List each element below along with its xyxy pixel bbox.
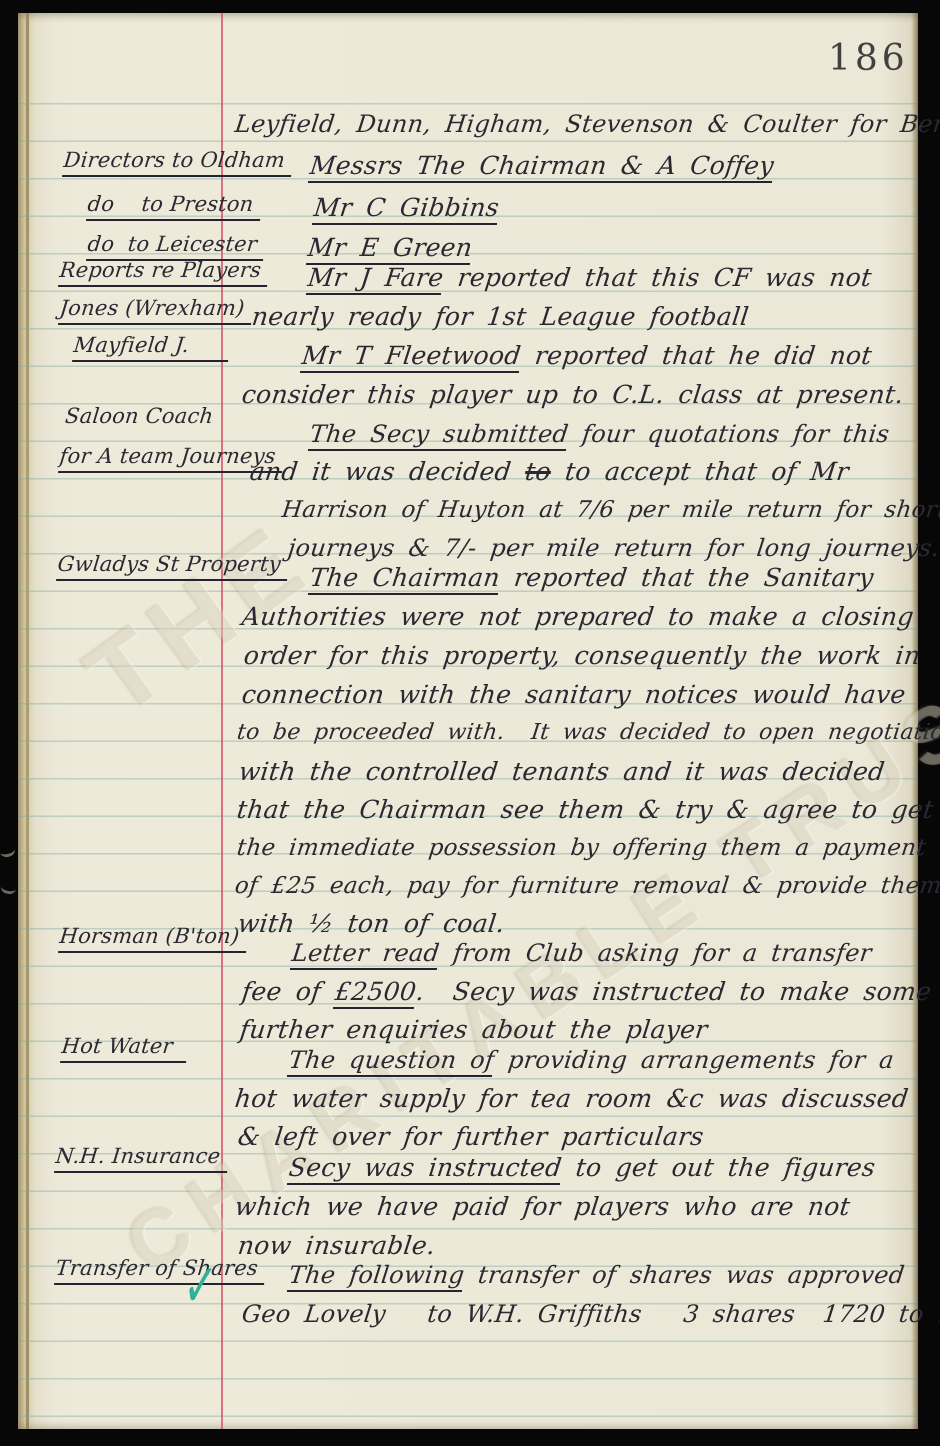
handwriting-text: order for this property, consequently th… — [242, 641, 922, 670]
handwriting-text: Authorities were not prepared to make a … — [240, 602, 915, 631]
handwriting-text: which we have paid for players who are n… — [233, 1192, 852, 1221]
handwriting-line: The question of providing arrangements f… — [287, 1044, 896, 1076]
handwriting-text: providing arrangements for a — [493, 1046, 896, 1074]
body-lines: Leyfield, Dunn, Higham, Stevenson & Coul… — [0, 0, 940, 1446]
handwriting-text: & left over for further particulars — [236, 1122, 705, 1151]
handwriting-text: four quotations for this — [567, 420, 891, 448]
handwriting-line: Authorities were not prepared to make a … — [240, 601, 916, 633]
handwriting-text: Geo Lovely to W.H. Griffiths 3 shares 17… — [240, 1300, 940, 1328]
handwriting-text: now insurable. — [236, 1231, 437, 1260]
handwriting-line: the immediate possession by offering the… — [235, 832, 928, 864]
handwriting-text: connection with the sanitary notices wou… — [240, 680, 907, 709]
handwriting-text: from Club asking for a transfer — [438, 939, 874, 967]
handwriting-line: The Chairman reported that the Sanitary — [308, 562, 876, 594]
handwriting-text: with ½ ton of coal. — [236, 909, 506, 938]
handwriting-line: with the controlled tenants and it was d… — [237, 756, 886, 788]
handwriting-line: of £25 each, pay for furniture removal &… — [233, 870, 940, 902]
underlined-phrase: Mr E Green — [306, 233, 474, 265]
underlined-phrase: The Chairman — [308, 563, 502, 595]
underlined-phrase: £2500 — [333, 977, 418, 1009]
handwriting-line: Messrs The Chairman & A Coffey — [308, 150, 776, 182]
struck-word: to — [524, 457, 553, 486]
handwriting-text: reported that he did not — [519, 341, 874, 370]
handwriting-line: further enquiries about the player — [238, 1014, 710, 1046]
underlined-phrase: Mr C Gibbins — [312, 193, 501, 225]
handwriting-text: to accept that of Mr — [549, 457, 850, 486]
handwriting-line: The following transfer of shares was app… — [287, 1259, 906, 1291]
handwriting-text: to get out the figures — [560, 1153, 877, 1182]
handwriting-text: journeys & 7/- per mile return for long … — [286, 534, 940, 562]
handwriting-line: journeys & 7/- per mile return for long … — [286, 532, 940, 564]
handwriting-line: which we have paid for players who are n… — [233, 1191, 852, 1223]
handwriting-text: hot water supply for tea room &c was dis… — [233, 1084, 910, 1113]
handwriting-line: Leyfield, Dunn, Higham, Stevenson & Coul… — [233, 108, 940, 140]
underlined-phrase: Mr J Fare — [306, 263, 445, 295]
handwriting-text: Harrison of Huyton at 7/6 per mile retur… — [280, 497, 940, 523]
handwriting-text: . Secy was instructed to make some — [414, 977, 933, 1006]
underlined-phrase: The Secy submitted — [308, 420, 570, 451]
handwriting-text: with the controlled tenants and it was d… — [237, 757, 886, 786]
handwriting-line: hot water supply for tea room &c was dis… — [233, 1083, 910, 1115]
underlined-phrase: Secy was instructed — [287, 1153, 564, 1185]
green-checkmark: ✓ — [181, 1252, 219, 1321]
handwriting-line: The Secy submitted four quotations for t… — [308, 418, 891, 450]
handwriting-line: Mr T Fleetwood reported that he did not — [300, 340, 874, 372]
handwriting-line: Mr J Fare reported that this CF was not — [306, 262, 874, 294]
handwriting-line: and it was decided to to accept that of … — [248, 456, 851, 488]
handwriting-line: connection with the sanitary notices wou… — [240, 679, 908, 711]
handwriting-line: Letter read from Club asking for a trans… — [290, 937, 874, 969]
handwriting-line: order for this property, consequently th… — [242, 640, 922, 672]
handwriting-line: with ½ ton of coal. — [236, 908, 507, 940]
handwriting-text: transfer of shares was approved — [463, 1261, 907, 1289]
handwriting-text: to be proceeded with. It was decided to … — [235, 720, 940, 745]
underlined-phrase: The question of — [287, 1046, 496, 1077]
handwriting-line: that the Chairman see them & try & agree… — [235, 794, 935, 826]
handwriting-line: now insurable. — [236, 1230, 437, 1262]
handwriting-text: Leyfield, Dunn, Higham, Stevenson & Coul… — [233, 110, 940, 138]
handwriting-text: nearly ready for 1st League football — [250, 302, 750, 331]
handwriting-line: Mr E Green — [306, 232, 474, 264]
underlined-phrase: The following — [287, 1261, 466, 1292]
handwriting-text: further enquiries about the player — [238, 1015, 709, 1044]
scanned-minute-book-page: THE CHARITABLE TRUST 186 Directors to Ol… — [0, 0, 940, 1446]
handwriting-text: consider this player up to C.L. class at… — [240, 380, 905, 409]
handwriting-text: reported that this CF was not — [442, 263, 874, 292]
handwriting-line: to be proceeded with. It was decided to … — [235, 717, 940, 749]
handwriting-text: the immediate possession by offering the… — [235, 835, 927, 861]
handwriting-text: that the Chairman see them & try & agree… — [235, 795, 935, 824]
handwriting-text: fee of — [240, 977, 337, 1006]
handwriting-line: & left over for further particulars — [236, 1121, 706, 1153]
handwriting-line: consider this player up to C.L. class at… — [240, 379, 906, 411]
handwriting-line: Mr C Gibbins — [312, 192, 501, 224]
handwriting-line: Harrison of Huyton at 7/6 per mile retur… — [280, 494, 940, 526]
handwriting-line: Secy was instructed to get out the figur… — [287, 1152, 877, 1184]
handwriting-line: Geo Lovely to W.H. Griffiths 3 shares 17… — [240, 1298, 940, 1330]
underlined-phrase: Letter read — [290, 939, 441, 970]
underlined-phrase: Mr T Fleetwood — [300, 341, 523, 373]
handwriting-text: of £25 each, pay for furniture removal &… — [233, 873, 940, 899]
underlined-phrase: Messrs The Chairman & A Coffey — [308, 151, 776, 183]
handwriting-text: and it was decided — [248, 457, 527, 486]
handwriting-line: nearly ready for 1st League football — [250, 301, 751, 333]
handwriting-line: fee of £2500. Secy was instructed to mak… — [240, 976, 933, 1008]
handwriting-text: reported that the Sanitary — [498, 563, 875, 592]
